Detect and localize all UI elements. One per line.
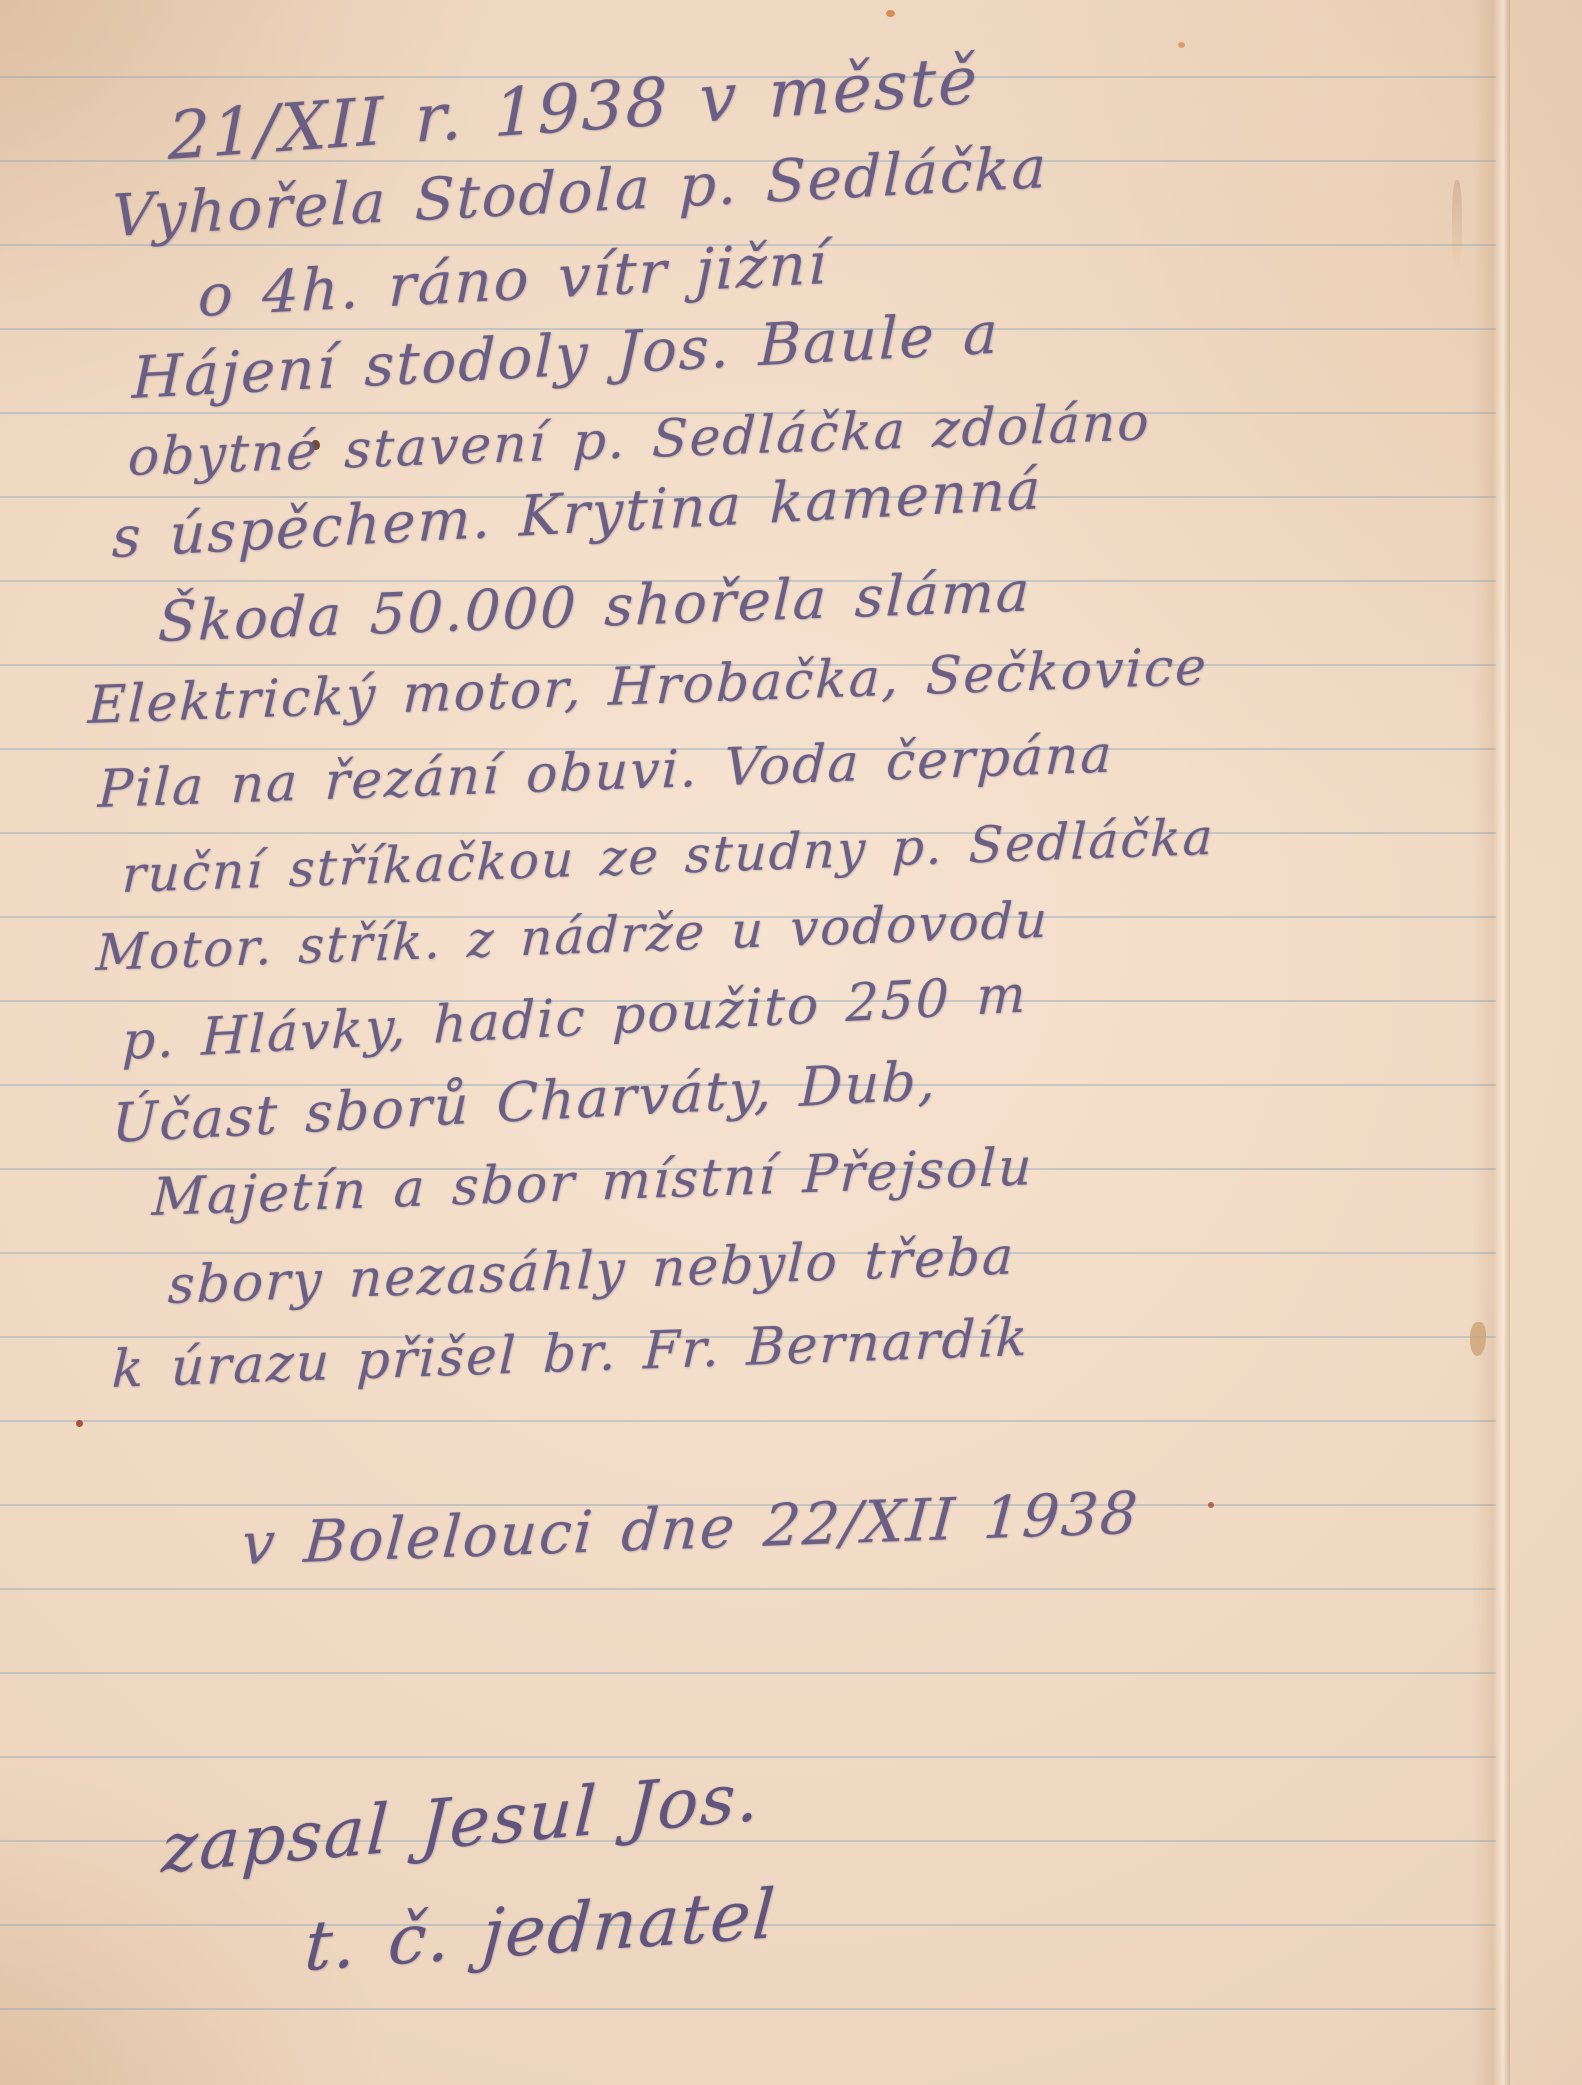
notebook-paper: 21/XII r. 1938 v městě Vyhořela Stodola …	[0, 0, 1582, 2085]
paper-blemish	[1452, 180, 1462, 270]
paper-blemish	[76, 1420, 83, 1427]
paper-blemish	[1178, 42, 1185, 48]
right-edge-crease	[1472, 0, 1510, 2085]
scanned-document-page: 21/XII r. 1938 v městě Vyhořela Stodola …	[0, 0, 1582, 2085]
paper-blemish	[1208, 1502, 1214, 1508]
paper-blemish	[886, 10, 895, 17]
